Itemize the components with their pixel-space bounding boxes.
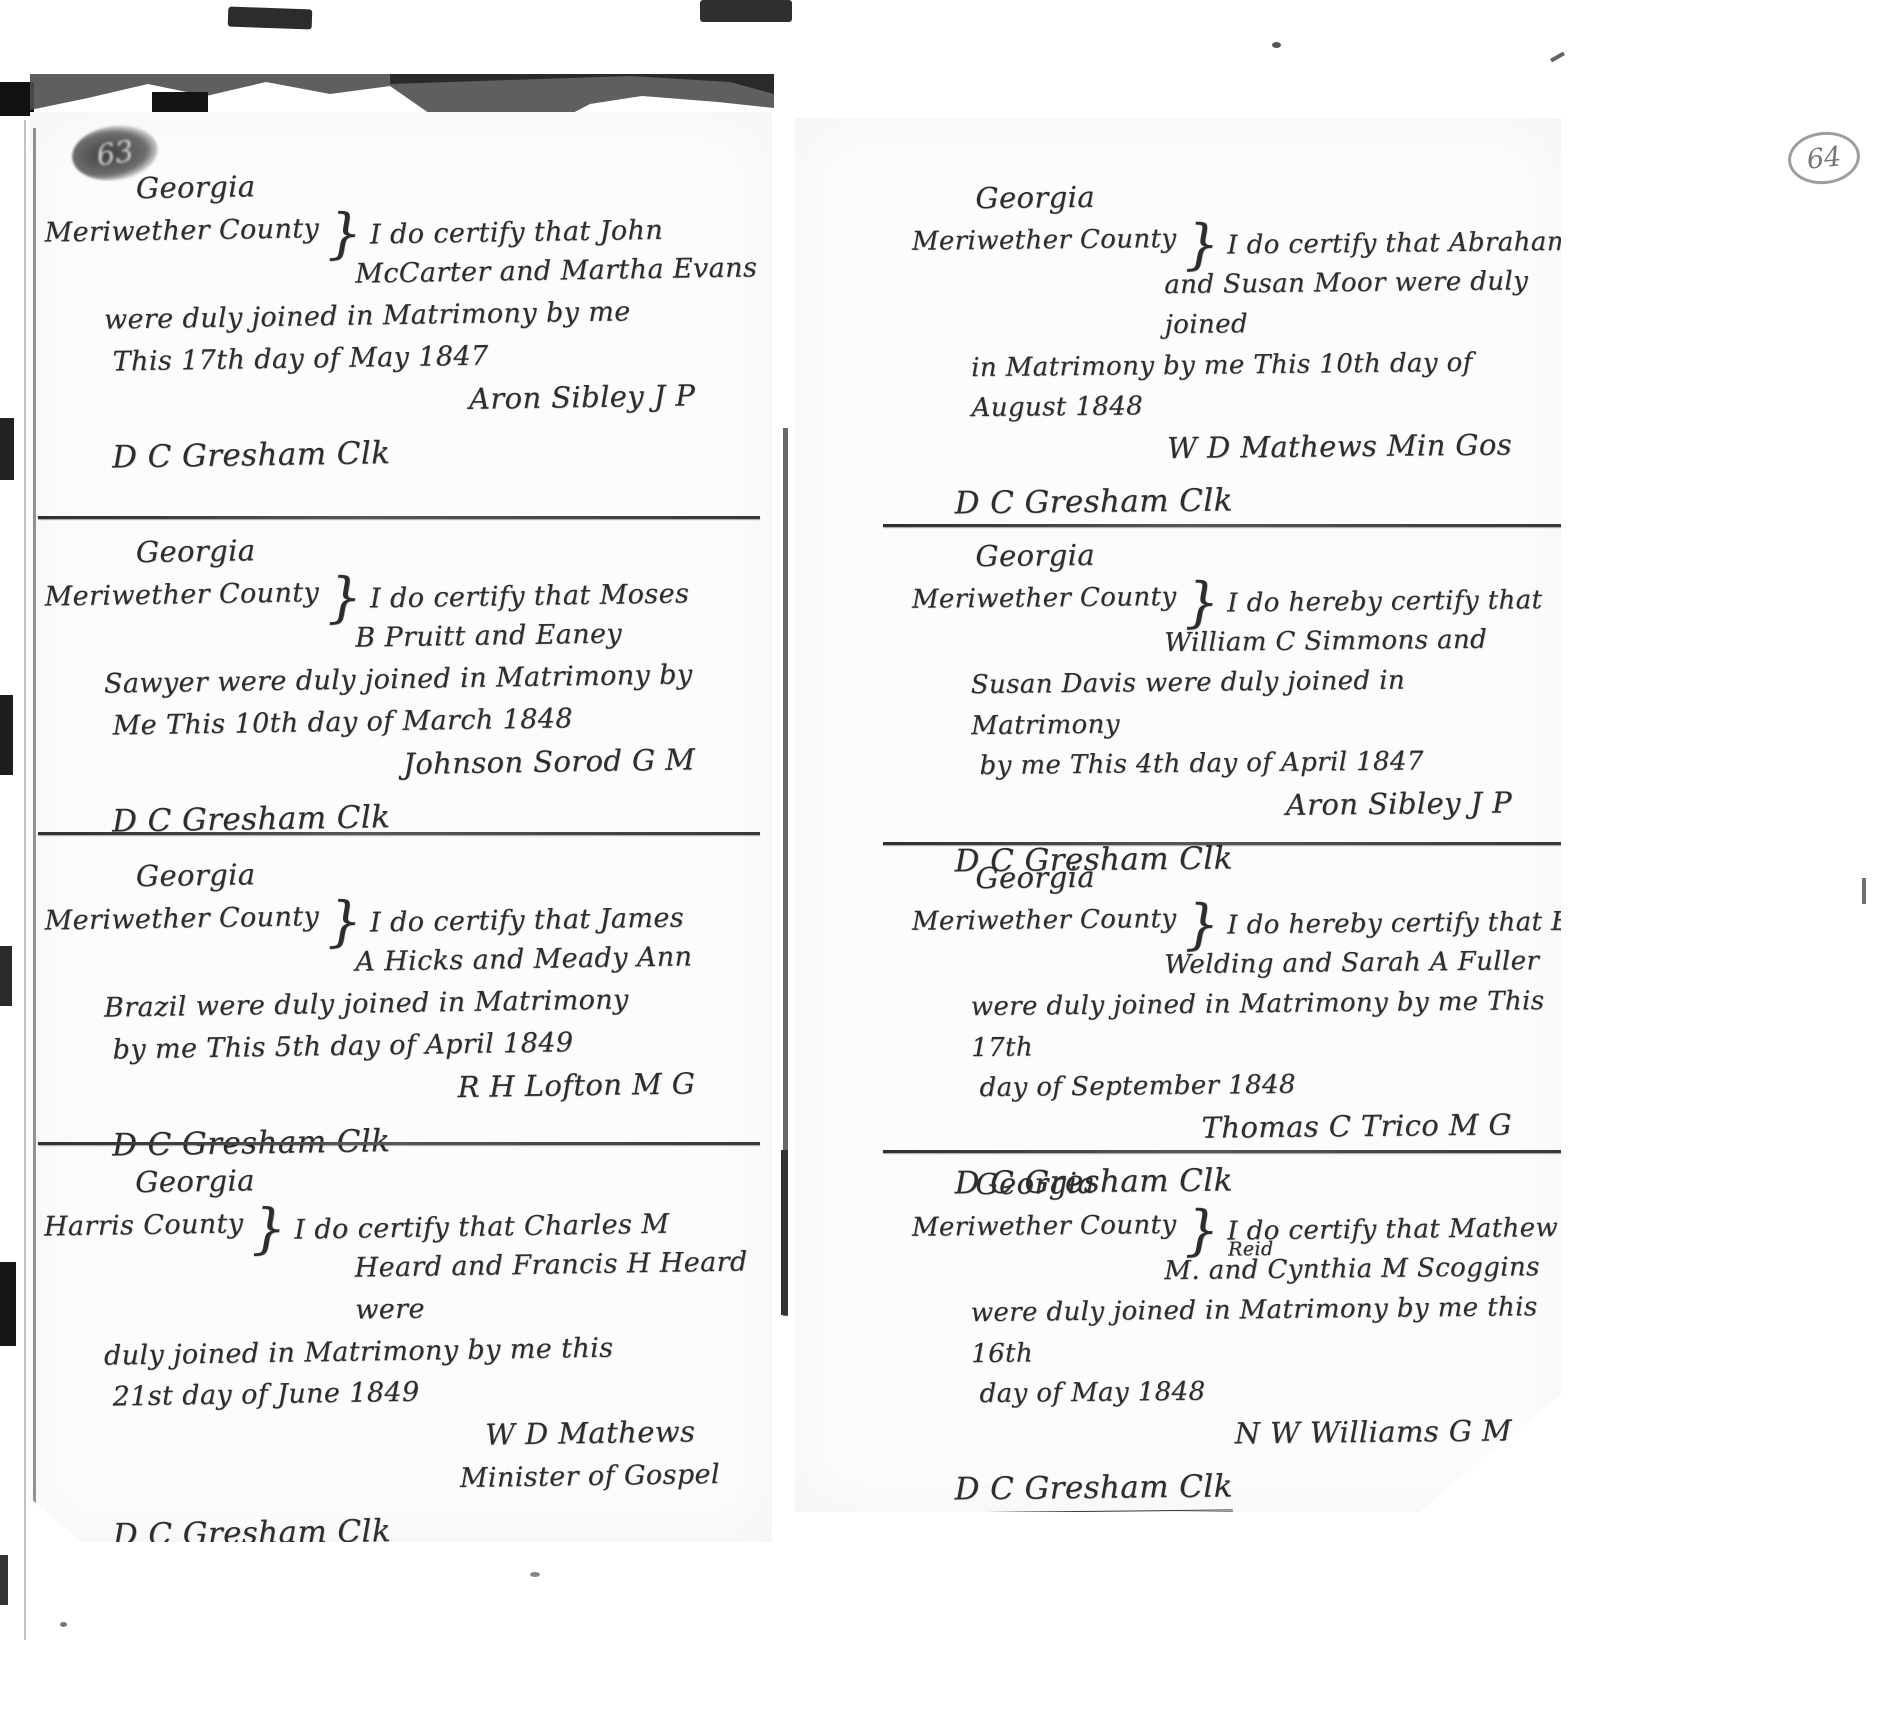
- entry-body-line: Heard and Francis H Heard were: [354, 1241, 765, 1331]
- left-page: 63 Georgia Meriwether County } I do cert…: [30, 112, 772, 1542]
- entry-state: Georgia: [975, 170, 1553, 221]
- officiant-signature: N W Williams G M: [914, 1408, 1556, 1460]
- officiant-signature: Aron Sibley J P: [914, 780, 1556, 832]
- scan-artifact: [0, 946, 12, 1006]
- scan-artifact: [24, 120, 26, 1640]
- marriage-entry: Georgia Meriwether County } I do certify…: [793, 170, 1557, 529]
- entry-state: Georgia: [975, 1156, 1553, 1207]
- entry-body-line: by me This 4th day of April 1847: [979, 740, 1555, 786]
- scan-artifact: [1550, 52, 1565, 63]
- officiant-signature: W D Mathews Min Gos: [914, 422, 1556, 474]
- marriage-entry: Georgia Meriwether County } I do certify…: [28, 520, 769, 847]
- entry-separator: [38, 516, 760, 519]
- right-page: Georgia Meriwether County } I do certify…: [795, 118, 1561, 1512]
- county-brace-icon: }: [1184, 1210, 1219, 1250]
- county-brace-icon: }: [327, 577, 362, 618]
- marriage-entry: Georgia Meriwether County } I do hereby …: [793, 850, 1557, 1209]
- county-brace-icon: }: [1184, 904, 1219, 944]
- entry-separator: [38, 832, 760, 835]
- officiant-signature: Thomas C Trico M G: [914, 1102, 1556, 1154]
- entry-county: Harris County: [44, 1203, 244, 1248]
- marriage-entry: Georgia Meriwether County } I do certify…: [793, 1156, 1557, 1515]
- entry-body-line: and Susan Moor were duly joined: [1164, 261, 1555, 346]
- entry-body-line: I do certify that James: [370, 890, 685, 944]
- clerk-signature: D C Gresham Clk: [112, 424, 769, 482]
- entry-body-line: B Pruitt and Eaney: [355, 611, 766, 659]
- county-brace-icon: }: [1184, 224, 1219, 264]
- entry-body-line: McCarter and Martha Evans: [355, 247, 766, 295]
- marriage-entry: Georgia Meriwether County } I do certify…: [28, 156, 769, 483]
- entry-body-line: Susan Davis were duly joined in Matrimon…: [971, 659, 1556, 746]
- scan-artifact: [0, 1262, 16, 1346]
- entry-body-line: Welding and Sarah A Fuller: [1164, 941, 1554, 985]
- page-gutter-shadow: [781, 1150, 788, 1315]
- entry-body-line: I do certify that Mathew: [1227, 1201, 1558, 1252]
- scan-artifact: [60, 1622, 67, 1627]
- entry-body-line: day of May 1848: [979, 1368, 1555, 1414]
- county-brace-icon: }: [1184, 582, 1219, 622]
- entry-county: Meriwether County: [44, 208, 319, 254]
- entry-state: Georgia: [975, 528, 1553, 579]
- marriage-entry: Georgia Harris County } I do certify tha…: [27, 1150, 769, 1561]
- clerk-signature: D C Gresham Clk: [954, 1459, 1556, 1513]
- entry-county: Meriwether County: [912, 1205, 1177, 1248]
- entry-body-line: were duly joined in Matrimony by me this…: [971, 1287, 1556, 1374]
- clerk-signature: D C Gresham Clk: [112, 788, 769, 846]
- scan-artifact: [228, 7, 313, 30]
- scan-artifact: [1862, 878, 1866, 904]
- entry-body-line: I do certify that John: [370, 203, 664, 256]
- county-brace-icon: }: [327, 901, 362, 942]
- entry-body-line: A Hicks and Meady Ann: [355, 935, 766, 983]
- ink-flourish: [358, 1610, 397, 1668]
- scan-artifact: [0, 1555, 8, 1605]
- entry-body-line: William C Simmons and: [1164, 619, 1554, 663]
- entry-county: Meriwether County: [912, 577, 1177, 620]
- scan-artifact: [1272, 42, 1281, 48]
- scan-artifact: [0, 695, 13, 775]
- entry-body-line: day of September 1848: [979, 1062, 1555, 1108]
- entry-body-line: I do certify that Abraham Porch: [1227, 214, 1658, 266]
- entry-body-line: in Matrimony by me This 10th day of Augu…: [971, 342, 1556, 429]
- entry-separator: [883, 1150, 1561, 1153]
- entry-county: Meriwether County: [912, 219, 1177, 262]
- entry-county: Meriwether County: [44, 896, 319, 942]
- entry-separator: [883, 524, 1561, 527]
- interlined-word: Reid: [1228, 1235, 1274, 1265]
- entry-county: Meriwether County: [44, 572, 319, 618]
- entry-separator: [883, 842, 1561, 845]
- entry-state: Georgia: [975, 850, 1553, 901]
- clerk-signature: D C Gresham Clk: [954, 473, 1556, 527]
- page-number-stamp: 64: [1785, 128, 1862, 187]
- scan-artifact: [0, 418, 14, 480]
- entry-body-line: I do hereby certify that Elsford: [1227, 894, 1649, 946]
- county-brace-icon: }: [251, 1209, 286, 1250]
- entry-body-line: Reid M. and Cynthia M Scoggins: [1164, 1247, 1554, 1291]
- entry-body-line: I do certify that Moses: [370, 566, 690, 620]
- clerk-signature: D C Gresham Clk: [112, 1501, 769, 1559]
- scan-artifact: [700, 0, 792, 22]
- entry-body-line: were duly joined in Matrimony by me This…: [971, 981, 1556, 1068]
- marriage-entry: Georgia Meriwether County } I do certify…: [28, 844, 769, 1171]
- county-brace-icon: }: [327, 213, 362, 254]
- scan-artifact: [0, 82, 34, 116]
- entry-county: Meriwether County: [912, 899, 1177, 942]
- entry-separator: [38, 1142, 760, 1145]
- entry-body-line: I do hereby certify that: [1227, 573, 1543, 624]
- marriage-entry: Georgia Meriwether County } I do hereby …: [793, 528, 1557, 887]
- scan-artifact: [530, 1572, 540, 1577]
